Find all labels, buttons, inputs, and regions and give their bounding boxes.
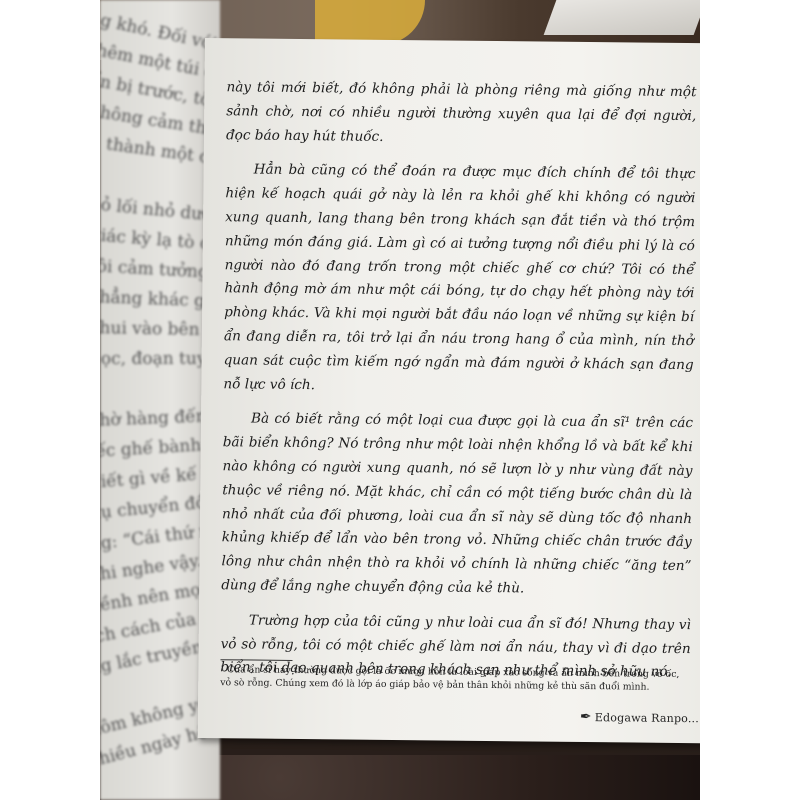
- paragraph-3: Bà có biết rằng có một loại cua được gọi…: [221, 408, 693, 603]
- background-paper: [544, 0, 700, 35]
- paragraph-1: này tôi mới biết, đó không phải là phòng…: [226, 76, 697, 152]
- quill-signature-icon: ✒: [580, 709, 592, 725]
- footnote: ¹ Cua ẩn sĩ hay thường được gọi là ốc mư…: [220, 663, 690, 694]
- left-page-line: hỏ lối nhỏ dưới đây: [100, 194, 220, 229]
- footer-separator: ...: [688, 712, 699, 725]
- right-page: này tôi mới biết, đó không phải là phòng…: [198, 38, 700, 744]
- left-page-line: n thành một căn phòng: [100, 132, 220, 178]
- running-title: Edogawa Ranpo: [595, 711, 688, 725]
- paragraph-2: Hẳn bà cũng có thể đoán ra được mục đích…: [223, 159, 695, 402]
- body-text: này tôi mới biết, đó không phải là phòng…: [220, 76, 696, 696]
- book-photo: ng khó. Đối vớithêm một túi cao suẩn bị …: [100, 0, 700, 800]
- page-number: 15: [699, 712, 700, 725]
- page-footer: ✒Edogawa Ranpo...15: [580, 709, 700, 726]
